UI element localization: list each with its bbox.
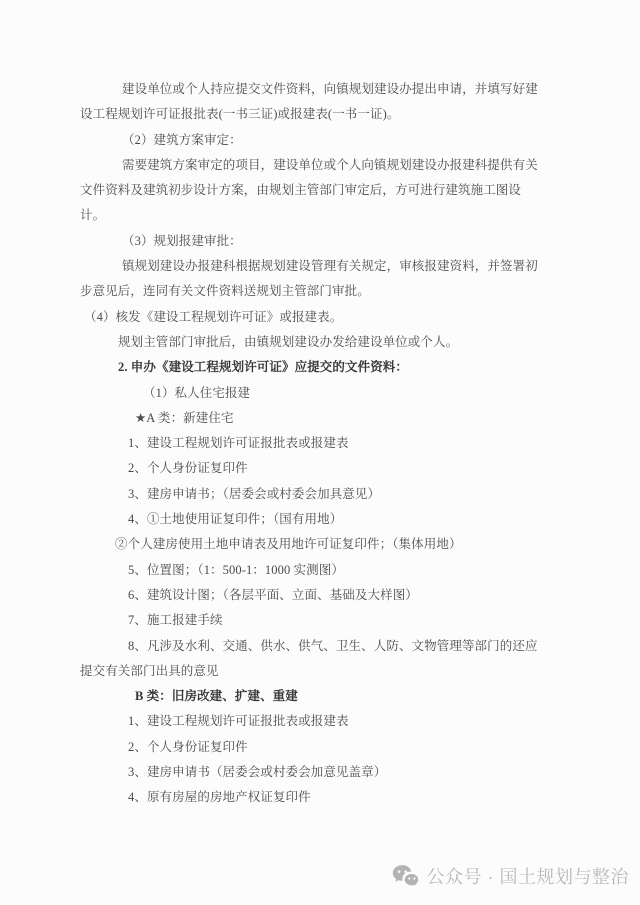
doc-list-item: ②个人建房使用土地申请表及用地许可证复印件；（集体用地）	[80, 532, 550, 557]
doc-line: 规划主管部门审批后，由镇规划建设办发给建设单位或个人。	[80, 330, 550, 355]
doc-list-item: 1、建设工程规划许可证报批表或报建表	[80, 431, 550, 456]
doc-line: （1）私人住宅报建	[80, 381, 550, 406]
wechat-icon	[392, 864, 420, 888]
doc-list-item: 8、凡涉及水利、交通、供水、供气、卫生、人防、文物管理等部门的还应	[80, 634, 550, 659]
doc-heading: B 类：旧房改建、扩建、重建	[80, 684, 550, 709]
doc-line: 步意见后，连同有关文件资料送规划主管部门审批。	[80, 279, 550, 304]
doc-line: ★A 类：新建住宅	[80, 406, 550, 431]
doc-list-item: 5、位置图；（1：500-1：1000 实测图）	[80, 558, 550, 583]
wechat-account-label: 公众号 · 国土规划与整治	[427, 863, 630, 889]
doc-line: 建设单位或个人持应提交文件资料，向镇规划建设办提出申请，并填写好建	[80, 77, 550, 102]
doc-line: 提交有关部门出具的意见	[80, 659, 550, 684]
document-page: 建设单位或个人持应提交文件资料，向镇规划建设办提出申请，并填写好建 设工程规划许…	[0, 0, 640, 905]
doc-line: 文件资料及建筑初步设计方案，由规划主管部门审定后，方可进行建筑施工图设	[80, 178, 550, 203]
doc-list-item: 2、个人身份证复印件	[80, 456, 550, 481]
doc-heading: 2. 申办《建设工程规划许可证》应提交的文件资料：	[80, 355, 550, 380]
doc-list-item: 2、个人身份证复印件	[80, 735, 550, 760]
doc-list-item: 3、建房申请书（居委会或村委会加意见盖章）	[80, 760, 550, 785]
doc-line: 设工程规划许可证报批表(一书三证)或报建表(一书一证)。	[80, 102, 550, 127]
document-body: 建设单位或个人持应提交文件资料，向镇规划建设办提出申请，并填写好建 设工程规划许…	[80, 77, 550, 811]
doc-line: （3）规划报建审批：	[80, 229, 550, 254]
doc-line: （4）核发《建设工程规划许可证》或报建表。	[80, 305, 550, 330]
doc-line: 镇规划建设办报建科根据规划建设管理有关规定，审核报建资料，并签署初	[80, 254, 550, 279]
doc-line: 计。	[80, 203, 550, 228]
doc-list-item: 6、建筑设计图；（各层平面、立面、基础及大样图）	[80, 583, 550, 608]
doc-list-item: 1、建设工程规划许可证报批表或报建表	[80, 709, 550, 734]
doc-line: （2）建筑方案审定：	[80, 128, 550, 153]
doc-list-item: 3、建房申请书；（居委会或村委会加具意见）	[80, 482, 550, 507]
doc-list-item: 7、施工报建手续	[80, 608, 550, 633]
doc-list-item: 4、①土地使用证复印件；（国有用地）	[80, 507, 550, 532]
doc-line: 需要建筑方案审定的项目，建设单位或个人向镇规划建设办报建科提供有关	[80, 153, 550, 178]
wechat-watermark: 公众号 · 国土规划与整治	[392, 861, 630, 891]
doc-list-item: 4、原有房屋的房地产权证复印件	[80, 785, 550, 810]
